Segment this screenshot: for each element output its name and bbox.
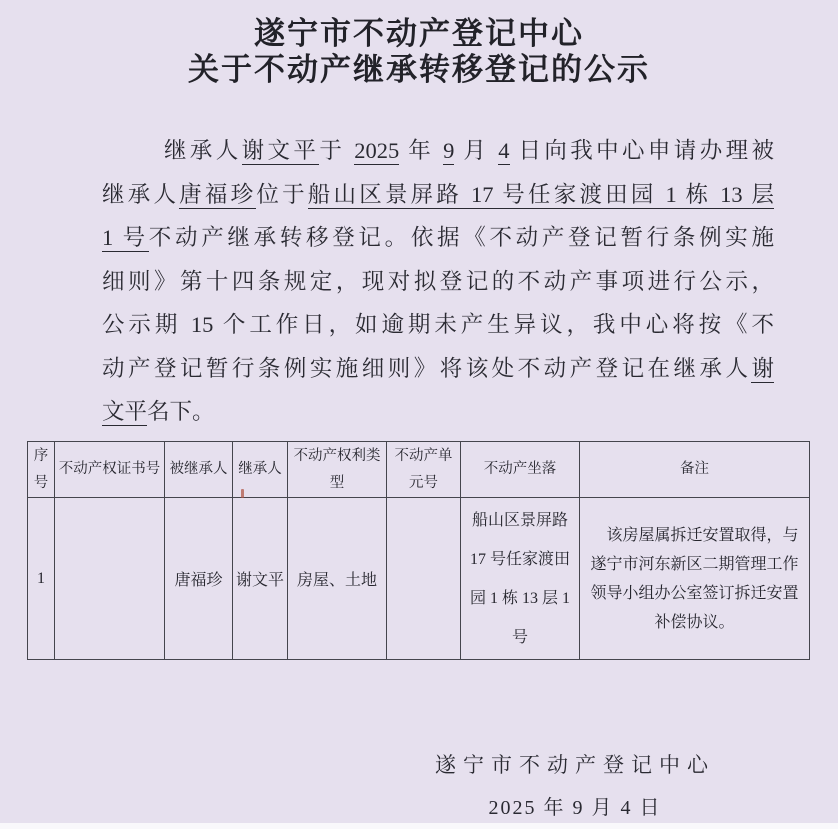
body-text-segment: 公示期 15 个工作日，如逾期未产生异议，我中心将按《不 [102,312,774,337]
underlined-text: 2025 [354,138,399,165]
cell-location: 船山区景屏路 17 号任家渡田园 1 栋 13 层 1 号 [461,498,580,660]
document-title: 遂宁市不动产登记中心 关于不动产继承转移登记的公示 [0,16,838,88]
underlined-text: 4 [498,138,509,165]
cell-right-type: 房屋、土地 [288,498,387,660]
signature-org: 遂宁市不动产登记中心 [415,752,735,779]
underlined-text: 唐福珍 [179,182,256,209]
body-text-segment: 继承人 [102,182,179,207]
col-header-cert-no: 不动产权证书号 [55,442,165,498]
col-header-unit-no: 不动产单元号 [387,442,461,498]
scan-edge [0,823,838,829]
underlined-text: 船山区景屏路 17 号任家渡田园 1 栋 13 层 [308,182,774,209]
col-header-seq: 序号 [28,442,55,498]
body-text-segment: 名下。 [147,399,215,424]
body-text-segment: 日向我中心申请办理被 [510,138,774,163]
table-header-row: 序号 不动产权证书号 被继承人 继承人 不动产权利类型 不动产单元号 不动产坐落… [28,442,810,498]
notice-body: 继承人谢文平于 2025 年 9 月 4 日向我中心申请办理被继承人唐福珍位于船… [102,129,774,434]
underlined-text: 谢 [751,356,774,383]
underlined-text: 9 [443,138,454,165]
body-line: 继承人谢文平于 2025 年 9 月 4 日向我中心申请办理被 [102,129,774,173]
cell-remarks: 该房屋属拆迁安置取得，与遂宁市河东新区二期管理工作领导小组办公室签订拆迁安置补偿… [580,498,810,660]
body-text-segment: 不动产继承转移登记。依据《不动产登记暂行条例实施 [149,225,774,250]
body-line: 动产登记暂行条例实施细则》将该处不动产登记在继承人谢 [102,347,774,391]
body-text-segment: 于 [319,138,354,163]
body-text-segment: 动产登记暂行条例实施细则》将该处不动产登记在继承人 [102,356,751,381]
underlined-text: 文平 [102,399,147,426]
cell-heir: 谢文平 [233,498,288,660]
body-text-segment: 细则》第十四条规定，现对拟登记的不动产事项进行公示， [102,269,774,294]
cell-unit-no [387,498,461,660]
underlined-text: 谢文平 [242,138,320,165]
cell-decedent: 唐福珍 [165,498,233,660]
table-row: 1 唐福珍 谢文平 房屋、土地 船山区景屏路 17 号任家渡田园 1 栋 13 … [28,498,810,660]
underlined-text: 1 号 [102,225,149,252]
body-line: 继承人唐福珍位于船山区景屏路 17 号任家渡田园 1 栋 13 层 [102,173,774,217]
col-header-location: 不动产坐落 [461,442,580,498]
body-line: 文平名下。 [102,390,774,434]
signature-date: 2025 年 9 月 4 日 [415,795,735,822]
body-line: 细则》第十四条规定，现对拟登记的不动产事项进行公示， [102,260,774,304]
body-line: 公示期 15 个工作日，如逾期未产生异议，我中心将按《不 [102,303,774,347]
cell-cert-no [55,498,165,660]
title-line-2: 关于不动产继承转移登记的公示 [0,52,838,88]
body-text-segment: 位于 [256,182,307,207]
notice-document: 遂宁市不动产登记中心 关于不动产继承转移登记的公示 继承人谢文平于 2025 年… [0,0,838,829]
body-text-segment: 年 [399,138,443,163]
body-text-segment: 继承人 [164,138,242,163]
cell-seq: 1 [28,498,55,660]
title-line-1: 遂宁市不动产登记中心 [0,16,838,52]
col-header-right-type: 不动产权利类型 [288,442,387,498]
body-text-segment: 月 [454,138,498,163]
scan-artifact-mark [241,489,244,498]
col-header-remarks: 备注 [580,442,810,498]
property-table: 序号 不动产权证书号 被继承人 继承人 不动产权利类型 不动产单元号 不动产坐落… [27,441,810,660]
body-line: 1 号不动产继承转移登记。依据《不动产登记暂行条例实施 [102,216,774,260]
signature-block: 遂宁市不动产登记中心 2025 年 9 月 4 日 [415,752,735,822]
col-header-decedent: 被继承人 [165,442,233,498]
